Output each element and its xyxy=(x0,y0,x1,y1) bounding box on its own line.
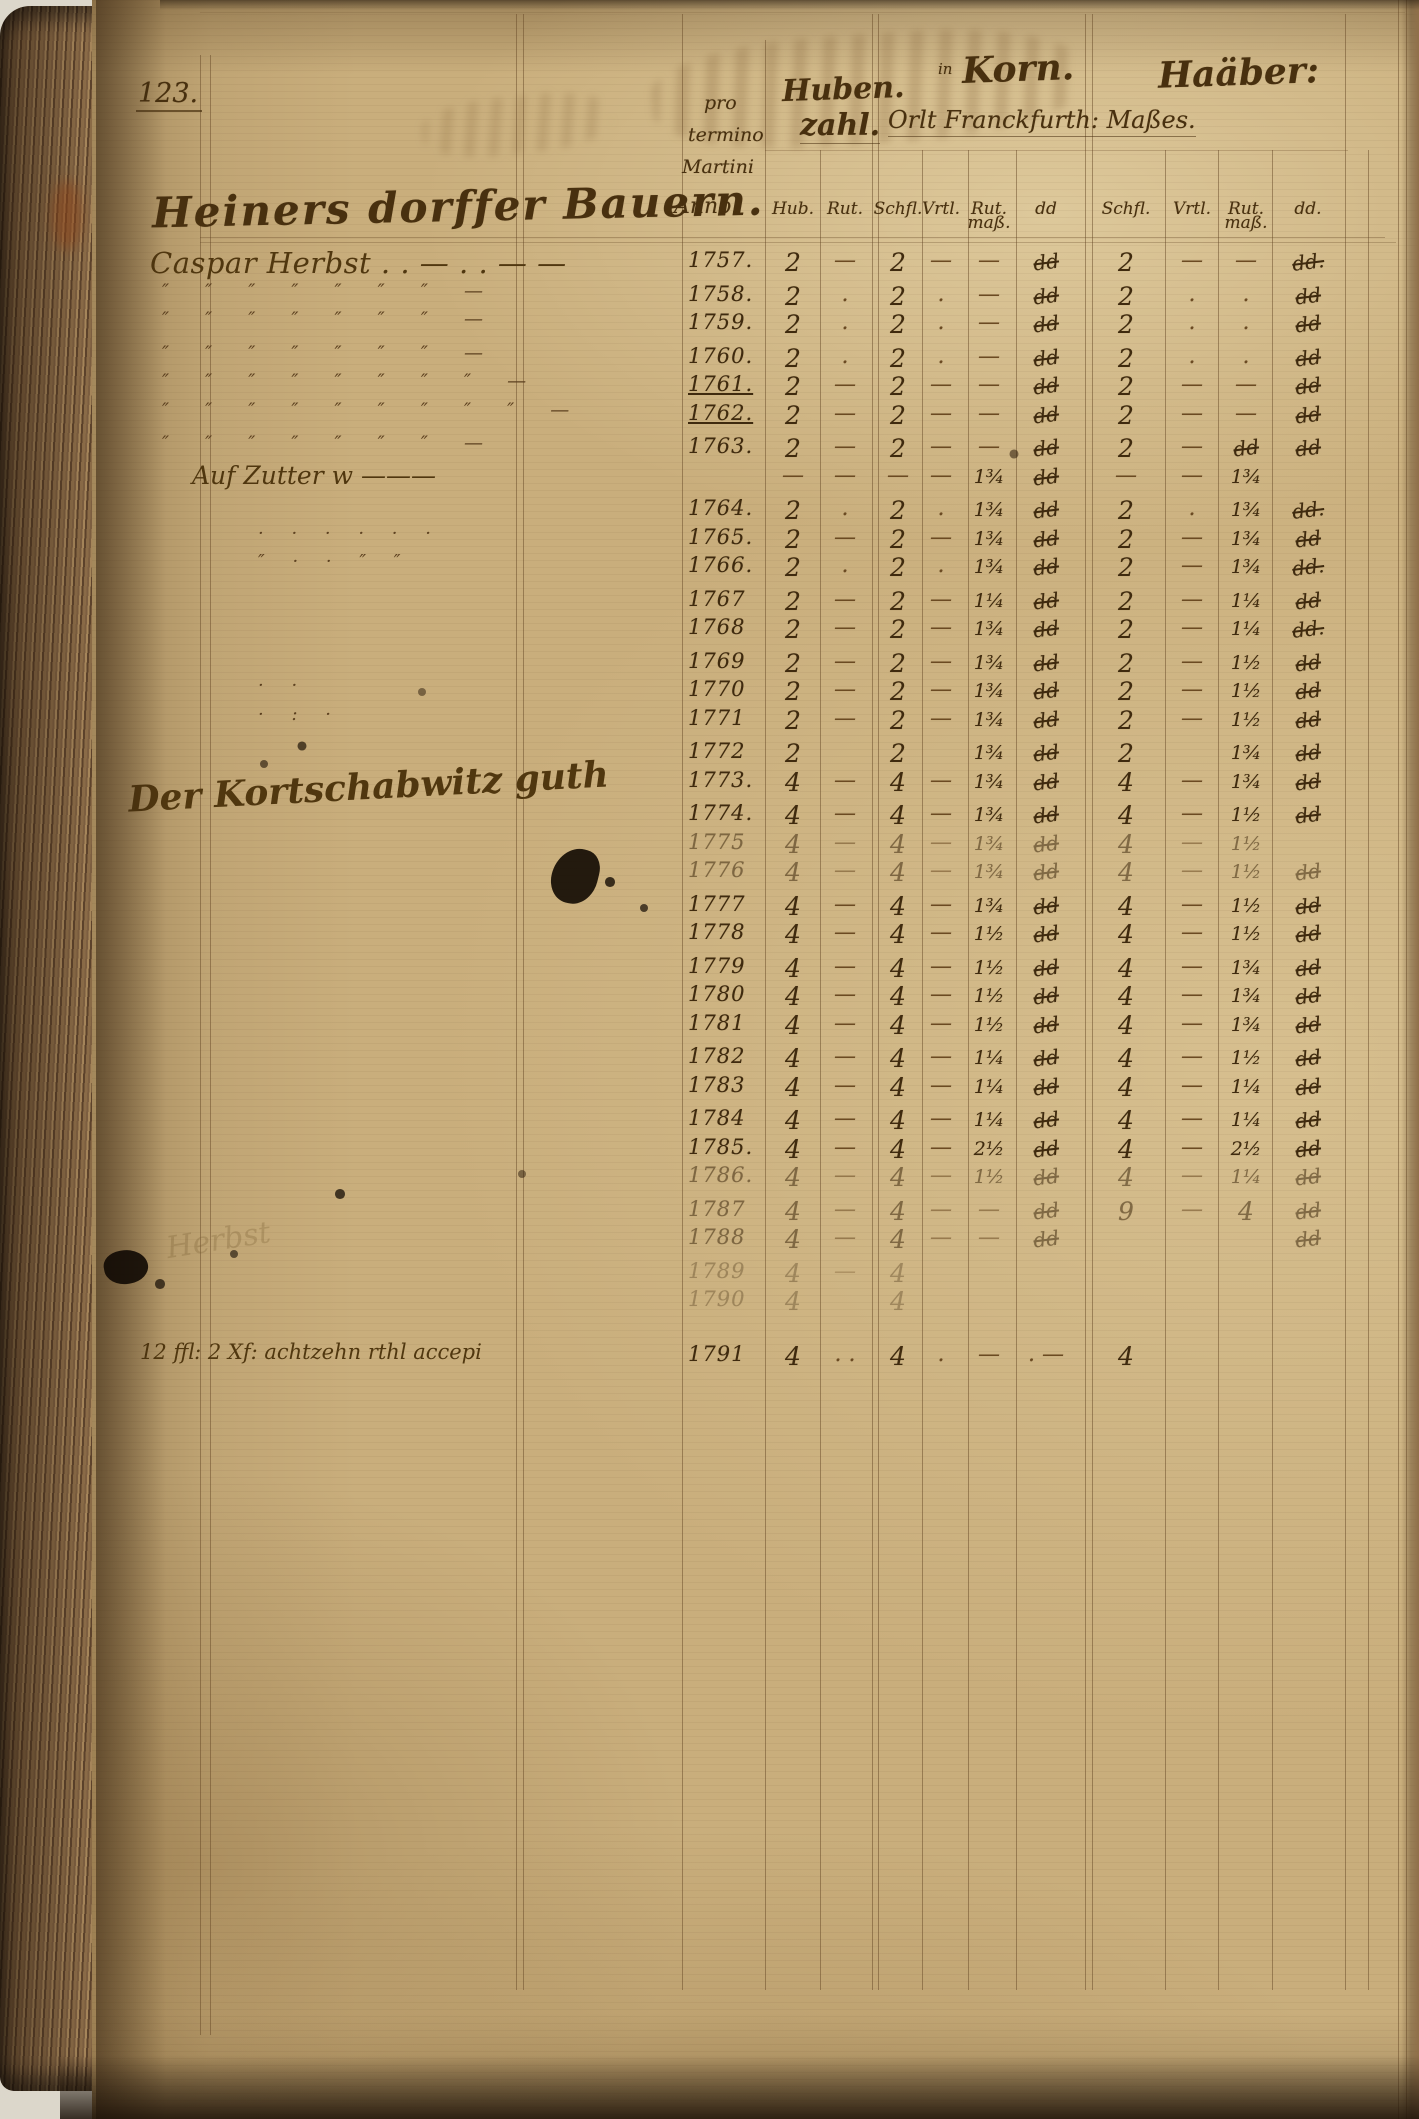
value-cell: — xyxy=(1235,401,1257,426)
margin-note: · · · · · · xyxy=(258,523,431,544)
value-cell: 4 xyxy=(1118,1073,1134,1102)
value-cell: dd xyxy=(1032,1133,1061,1162)
value-cell: . xyxy=(842,310,849,335)
column-subheader: Schfl. xyxy=(874,202,923,216)
value-cell: 2 xyxy=(785,310,801,339)
header-huben: Huben. xyxy=(781,70,905,109)
value-cell: — xyxy=(1181,434,1203,459)
year-cell: 1769 xyxy=(688,649,745,673)
header-rule xyxy=(200,237,1385,238)
value-cell: — xyxy=(834,1106,856,1131)
value-cell: 1¾ xyxy=(1231,463,1262,488)
value-cell: dd xyxy=(1294,919,1323,948)
value-cell: 1¾ xyxy=(974,739,1005,764)
value-cell: dd xyxy=(1032,1009,1061,1038)
year-cell: 1780 xyxy=(688,982,745,1006)
value-cell: 4 xyxy=(785,830,801,859)
value-cell: — xyxy=(834,434,856,459)
value-cell: 4 xyxy=(1118,920,1134,949)
value-cell: — xyxy=(1181,649,1203,674)
value-cell: 1½ xyxy=(974,920,1005,945)
value-cell: 4 xyxy=(890,1287,906,1316)
value-cell: — xyxy=(834,615,856,640)
value-cell: — xyxy=(978,282,1000,307)
ledger-row: 1786.4—4—1½dd4—1¼dd xyxy=(0,1163,1419,1194)
value-cell: — xyxy=(834,706,856,731)
value-cell: 1½ xyxy=(1231,858,1262,883)
value-cell: 2 xyxy=(1118,739,1134,768)
value-cell: — xyxy=(834,892,856,917)
year-cell: 1787 xyxy=(688,1197,745,1221)
value-cell: — xyxy=(834,1135,856,1160)
margin-note: 12 ffl: 2 Xf: achtzehn rthl accepi xyxy=(140,1340,482,1364)
year-cell: 1778 xyxy=(688,920,745,944)
value-cell: — xyxy=(978,1342,1000,1367)
year-cell: 1784 xyxy=(688,1106,745,1130)
value-cell: dd xyxy=(1032,857,1061,886)
header-rule xyxy=(765,150,1348,151)
value-cell: — xyxy=(930,401,952,426)
value-cell: 2 xyxy=(1118,401,1134,430)
value-cell: 1¼ xyxy=(974,1106,1005,1131)
value-cell: 4 xyxy=(890,892,906,921)
value-cell: 1¾ xyxy=(1231,954,1262,979)
value-cell: dd xyxy=(1032,1195,1061,1224)
value-cell: — xyxy=(834,525,856,550)
ledger-row: 17824—4—1¼dd4—1½dd xyxy=(0,1044,1419,1075)
column-subheader: Vrtl. xyxy=(1173,202,1211,216)
value-cell: 2 xyxy=(785,401,801,430)
value-cell: — xyxy=(930,1044,952,1069)
value-cell: 2 xyxy=(1118,344,1134,373)
margin-note: Auf Zutter w ——— xyxy=(192,461,436,490)
ledger-row: 17794—4—1½dd4—1¾dd xyxy=(0,954,1419,985)
value-cell: 2 xyxy=(890,615,906,644)
page-right-edge xyxy=(1401,0,1419,2119)
value-cell: 1¾ xyxy=(1231,496,1262,521)
value-cell: — xyxy=(1181,553,1203,578)
value-cell: 4 xyxy=(785,982,801,1011)
value-cell: — xyxy=(930,248,952,273)
value-cell: 2 xyxy=(890,434,906,463)
value-cell: — xyxy=(1181,1197,1203,1222)
value-cell: — xyxy=(930,920,952,945)
value-cell: 4 xyxy=(890,1259,906,1288)
value-cell: dd xyxy=(1032,738,1061,767)
value-cell: 4 xyxy=(785,1044,801,1073)
value-cell: dd xyxy=(1032,676,1061,705)
value-cell: 1¾ xyxy=(1231,1011,1262,1036)
value-cell: — xyxy=(834,801,856,826)
value-cell: dd xyxy=(1294,1071,1323,1100)
margin-note: Caspar Herbst . . — . . — — xyxy=(150,246,567,280)
value-cell: — xyxy=(1181,982,1203,1007)
value-cell: 4 xyxy=(1118,1044,1134,1073)
value-cell: dd xyxy=(1294,280,1323,309)
value-cell: — xyxy=(1181,525,1203,550)
column-subheader: Rut. maß. xyxy=(1224,202,1267,231)
value-cell: 4 xyxy=(785,954,801,983)
value-cell: dd xyxy=(1032,952,1061,981)
header-termino: termino xyxy=(688,124,764,146)
value-cell: 2 xyxy=(785,615,801,644)
value-cell: . xyxy=(1243,310,1250,335)
ledger-row: 17834—4—1¼dd4—1¼dd xyxy=(0,1073,1419,1104)
column-subheader: Vrtl. xyxy=(922,202,960,216)
value-cell: 1¾ xyxy=(1231,525,1262,550)
value-cell: 2 xyxy=(890,310,906,339)
ink-specks xyxy=(0,0,4,4)
value-cell: 4 xyxy=(890,1044,906,1073)
value-cell: — xyxy=(1235,248,1257,273)
year-cell: 1771 xyxy=(688,706,745,730)
value-cell: 1½ xyxy=(974,982,1005,1007)
value-cell: 2 xyxy=(890,372,906,401)
value-cell: dd xyxy=(1032,371,1061,400)
ledger-row: 17894—4 xyxy=(0,1259,1419,1290)
value-cell: 2 xyxy=(1118,248,1134,277)
value-cell: 1¾ xyxy=(1231,768,1262,793)
value-cell: — xyxy=(930,463,952,488)
value-cell: — xyxy=(834,248,856,273)
value-cell: 1½ xyxy=(974,1011,1005,1036)
value-cell: dd xyxy=(1032,919,1061,948)
value-cell: 2 xyxy=(1118,615,1134,644)
value-cell: 2 xyxy=(890,677,906,706)
value-cell: 4 xyxy=(1118,1011,1134,1040)
value-cell: dd xyxy=(1294,1195,1323,1224)
value-cell: 1¾ xyxy=(1231,982,1262,1007)
value-cell: 4 xyxy=(785,1106,801,1135)
value-cell: dd xyxy=(1294,309,1323,338)
ledger-row: 179044 xyxy=(0,1287,1419,1318)
value-cell: 4 xyxy=(785,1073,801,1102)
value-cell: dd xyxy=(1294,1105,1323,1134)
value-cell: 4 xyxy=(890,1073,906,1102)
value-cell: 4 xyxy=(1118,768,1134,797)
value-cell: 4 xyxy=(890,858,906,887)
value-cell: — xyxy=(930,587,952,612)
year-cell: 1762. xyxy=(688,401,753,425)
value-cell: 1½ xyxy=(1231,920,1262,945)
year-cell: 1763. xyxy=(688,434,753,458)
value-cell: 2 xyxy=(785,434,801,463)
value-cell: dd xyxy=(1294,399,1323,428)
value-cell: 2 xyxy=(1118,496,1134,525)
value-cell: dd xyxy=(1294,1162,1323,1191)
ledger-row: 1762.2—2——dd2——dd″ ″ ″ ″ ″ ″ ″ ″ ″ — xyxy=(0,401,1419,432)
value-cell: — xyxy=(834,830,856,855)
value-cell: 2 xyxy=(890,706,906,735)
value-cell: — xyxy=(1181,677,1203,702)
value-cell: 2 xyxy=(1118,372,1134,401)
value-cell: . . xyxy=(835,1342,856,1367)
value-cell: dd. xyxy=(1291,494,1326,524)
header-korn-measure: Orlt Franckfurth: Maßes. xyxy=(888,106,1196,137)
year-cell: 1767 xyxy=(688,587,745,611)
column-subheader: Schfl. xyxy=(1102,202,1151,216)
year-cell: 1759. xyxy=(688,310,753,334)
value-cell: dd xyxy=(1294,1043,1323,1072)
value-cell: dd xyxy=(1032,1071,1061,1100)
value-cell: 4 xyxy=(890,954,906,983)
value-cell: 4 xyxy=(1118,982,1134,1011)
value-cell: — xyxy=(834,982,856,1007)
value-cell: . xyxy=(938,282,945,307)
value-cell: 4 xyxy=(890,920,906,949)
value-cell: 2 xyxy=(1118,282,1134,311)
ledger-row: 1766.2.2.1¾dd2—1¾dd.″ · · ″ ″ xyxy=(0,553,1419,584)
ledger-row: 17884—4——ddddHerbst xyxy=(0,1225,1419,1256)
value-cell: — xyxy=(834,1073,856,1098)
year-cell: 1785. xyxy=(688,1135,753,1159)
value-cell: — xyxy=(1181,768,1203,793)
margin-note: ″ ″ ″ ″ ″ ″ ″ — xyxy=(162,342,483,364)
value-cell: — xyxy=(1181,954,1203,979)
value-cell: — xyxy=(1181,920,1203,945)
value-cell: 4 xyxy=(890,768,906,797)
value-cell: . xyxy=(938,1342,945,1367)
value-cell: — xyxy=(834,587,856,612)
ledger-row: 1774.4—4—1¾dd4—1½dd xyxy=(0,801,1419,832)
ledger-scan: 123. Heiners dorffer Bauern. pro termino… xyxy=(0,0,1419,2119)
value-cell: — xyxy=(782,463,804,488)
value-cell: — xyxy=(978,1225,1000,1250)
value-cell: 4 xyxy=(785,1225,801,1254)
year-cell: 1789 xyxy=(688,1259,745,1283)
value-cell: — xyxy=(1181,1106,1203,1131)
year-cell: 1781 xyxy=(688,1011,745,1035)
page-bottom-shadow xyxy=(60,2055,1419,2119)
value-cell: — xyxy=(1181,830,1203,855)
value-cell: — xyxy=(1181,892,1203,917)
value-cell: — xyxy=(1181,706,1203,731)
value-cell: 1¾ xyxy=(974,649,1005,674)
value-cell: — xyxy=(978,372,1000,397)
value-cell: — xyxy=(834,1197,856,1222)
value-cell: — xyxy=(834,401,856,426)
value-cell: dd xyxy=(1294,1133,1323,1162)
value-cell: 2 xyxy=(785,553,801,582)
value-cell: 4 xyxy=(890,830,906,859)
value-cell: 2½ xyxy=(974,1135,1005,1160)
value-cell: 2½ xyxy=(1231,1135,1262,1160)
value-cell: 1¼ xyxy=(974,1044,1005,1069)
value-cell: 1¾ xyxy=(974,525,1005,550)
year-cell: 1777 xyxy=(688,892,745,916)
value-cell: 4 xyxy=(785,1163,801,1192)
value-cell: 2 xyxy=(785,706,801,735)
value-cell: — xyxy=(930,615,952,640)
header-pro: pro xyxy=(704,92,737,114)
value-cell: — xyxy=(1181,615,1203,640)
value-cell: dd xyxy=(1294,981,1323,1010)
value-cell: — xyxy=(834,463,856,488)
year-cell: 1772 xyxy=(688,739,745,763)
value-cell: . xyxy=(842,496,849,521)
value-cell: dd xyxy=(1032,280,1061,309)
value-cell: 4 xyxy=(1118,1106,1134,1135)
value-cell: — xyxy=(930,892,952,917)
value-cell: — xyxy=(1181,1044,1203,1069)
ledger-row: 1772221¾dd21¾dd xyxy=(0,739,1419,770)
value-cell: — xyxy=(1181,587,1203,612)
year-cell: 1786. xyxy=(688,1163,753,1187)
value-cell: 1½ xyxy=(974,954,1005,979)
ledger-row: 17774—4—1¾dd4—1½dd xyxy=(0,892,1419,923)
value-cell: — xyxy=(1181,801,1203,826)
value-cell: 2 xyxy=(890,401,906,430)
value-cell: dd xyxy=(1232,433,1261,462)
value-cell: 2 xyxy=(1118,649,1134,678)
value-cell: — xyxy=(1181,1163,1203,1188)
value-cell: 2 xyxy=(890,587,906,616)
value-cell: — xyxy=(834,1163,856,1188)
value-cell: — xyxy=(930,677,952,702)
ledger-row: 1757.2—2——dd2——dd.Caspar Herbst . . — . … xyxy=(0,248,1419,279)
column-subheader: dd xyxy=(1035,202,1057,216)
value-cell: 2 xyxy=(785,248,801,277)
value-cell: dd xyxy=(1032,1224,1061,1253)
value-cell: dd xyxy=(1294,704,1323,733)
value-cell: 4 xyxy=(785,920,801,949)
margin-note: ″ ″ ″ ″ ″ ″ ″ — xyxy=(162,432,483,454)
value-cell: dd xyxy=(1032,552,1061,581)
value-cell: 1¼ xyxy=(974,1073,1005,1098)
margin-note: ″ · · ″ ″ xyxy=(258,551,401,572)
value-cell: — xyxy=(930,1197,952,1222)
ledger-row: 17754—4—1¾dd4—1½ xyxy=(0,830,1419,861)
value-cell: dd xyxy=(1032,342,1061,371)
value-cell: dd. xyxy=(1291,613,1326,643)
value-cell: dd xyxy=(1294,857,1323,886)
value-cell: 4 xyxy=(785,801,801,830)
year-cell: 1779 xyxy=(688,954,745,978)
value-cell: 1¾ xyxy=(974,553,1005,578)
value-cell: — xyxy=(930,801,952,826)
value-cell: dd xyxy=(1294,766,1323,795)
value-cell: 1¼ xyxy=(1231,1163,1262,1188)
value-cell: . xyxy=(842,553,849,578)
value-cell: dd xyxy=(1294,800,1323,829)
year-cell: 1757. xyxy=(688,248,753,272)
value-cell: 4 xyxy=(1118,830,1134,859)
header-rule xyxy=(200,242,1396,243)
value-cell: dd xyxy=(1032,1043,1061,1072)
header-rule xyxy=(200,12,1405,13)
margin-note: · : · xyxy=(258,704,331,725)
header-martini: Martini xyxy=(682,156,754,178)
value-cell: . xyxy=(938,310,945,335)
value-cell: 2 xyxy=(785,344,801,373)
value-cell: dd xyxy=(1032,981,1061,1010)
value-cell: — xyxy=(834,677,856,702)
year-cell: 1765. xyxy=(688,525,753,549)
value-cell: 1½ xyxy=(1231,649,1262,674)
ledger-row: ————1¾dd——1¾Auf Zutter w ——— xyxy=(0,463,1419,494)
value-cell: 2 xyxy=(785,649,801,678)
value-cell: 4 xyxy=(890,1197,906,1226)
value-cell: dd xyxy=(1032,461,1061,490)
value-cell: . xyxy=(1243,282,1250,307)
value-cell: 1¼ xyxy=(1231,1073,1262,1098)
ledger-row: 1785.4—4—2½dd4—2½dd xyxy=(0,1135,1419,1166)
ledger-row: 17692—2—1¾dd2—1½dd xyxy=(0,649,1419,680)
value-cell: — xyxy=(930,1011,952,1036)
value-cell: dd xyxy=(1294,952,1323,981)
value-cell: — xyxy=(978,344,1000,369)
value-cell: 4 xyxy=(890,1163,906,1192)
value-cell: 1¼ xyxy=(1231,1106,1262,1131)
year-cell: 1758. xyxy=(688,282,753,306)
value-cell: — xyxy=(834,1225,856,1250)
value-cell: 1¾ xyxy=(974,801,1005,826)
value-cell: — xyxy=(1181,463,1203,488)
value-cell: 2 xyxy=(890,649,906,678)
ledger-row: 17672—2—1¼dd2—1¼dd xyxy=(0,587,1419,618)
value-cell: 4 xyxy=(1118,892,1134,921)
value-cell: 4 xyxy=(785,858,801,887)
value-cell: 2 xyxy=(1118,706,1134,735)
value-cell: 2 xyxy=(890,344,906,373)
value-cell: dd xyxy=(1294,647,1323,676)
value-cell: — xyxy=(1181,858,1203,883)
value-cell: 2 xyxy=(1118,587,1134,616)
value-cell: — xyxy=(978,248,1000,273)
value-cell: 2 xyxy=(785,677,801,706)
value-cell: — xyxy=(834,1011,856,1036)
value-cell: — xyxy=(930,1106,952,1131)
value-cell: 1¼ xyxy=(1231,615,1262,640)
value-cell: — xyxy=(834,1044,856,1069)
value-cell: 2 xyxy=(890,282,906,311)
value-cell: — xyxy=(834,858,856,883)
year-cell: 1774. xyxy=(688,801,753,825)
value-cell: — xyxy=(834,372,856,397)
value-cell: dd xyxy=(1294,1224,1323,1253)
value-cell: dd xyxy=(1294,342,1323,371)
value-cell: 1½ xyxy=(974,1163,1005,1188)
value-cell: 2 xyxy=(890,739,906,768)
value-cell: 2 xyxy=(1118,434,1134,463)
value-cell: dd xyxy=(1032,1105,1061,1134)
value-cell: — xyxy=(1235,372,1257,397)
year-cell: 1760. xyxy=(688,344,753,368)
value-cell: 1½ xyxy=(1231,677,1262,702)
margin-note: ″ ″ ″ ″ ″ ″ ″ ″ — xyxy=(162,370,526,392)
value-cell: dd xyxy=(1032,523,1061,552)
ledger-row: 17784—4—1½dd4—1½dd xyxy=(0,920,1419,951)
value-cell: — xyxy=(887,463,909,488)
value-cell: 4 xyxy=(1118,1163,1134,1192)
value-cell: — xyxy=(834,920,856,945)
value-cell: dd xyxy=(1032,800,1061,829)
value-cell: dd xyxy=(1294,738,1323,767)
value-cell: 1¾ xyxy=(974,677,1005,702)
value-cell: 4 xyxy=(1238,1197,1254,1226)
value-cell: dd xyxy=(1032,647,1061,676)
value-cell: 1¾ xyxy=(974,830,1005,855)
value-cell: — xyxy=(930,768,952,793)
column-subheader: Anno. xyxy=(674,198,738,217)
value-cell: — xyxy=(930,525,952,550)
value-cell: . xyxy=(938,496,945,521)
value-cell: — xyxy=(930,1163,952,1188)
value-cell: 2 xyxy=(1118,310,1134,339)
value-cell: — xyxy=(930,830,952,855)
margin-note: ″ ″ ″ ″ ″ ″ ″ ″ ″ — xyxy=(162,399,569,421)
value-cell: 1¾ xyxy=(974,706,1005,731)
